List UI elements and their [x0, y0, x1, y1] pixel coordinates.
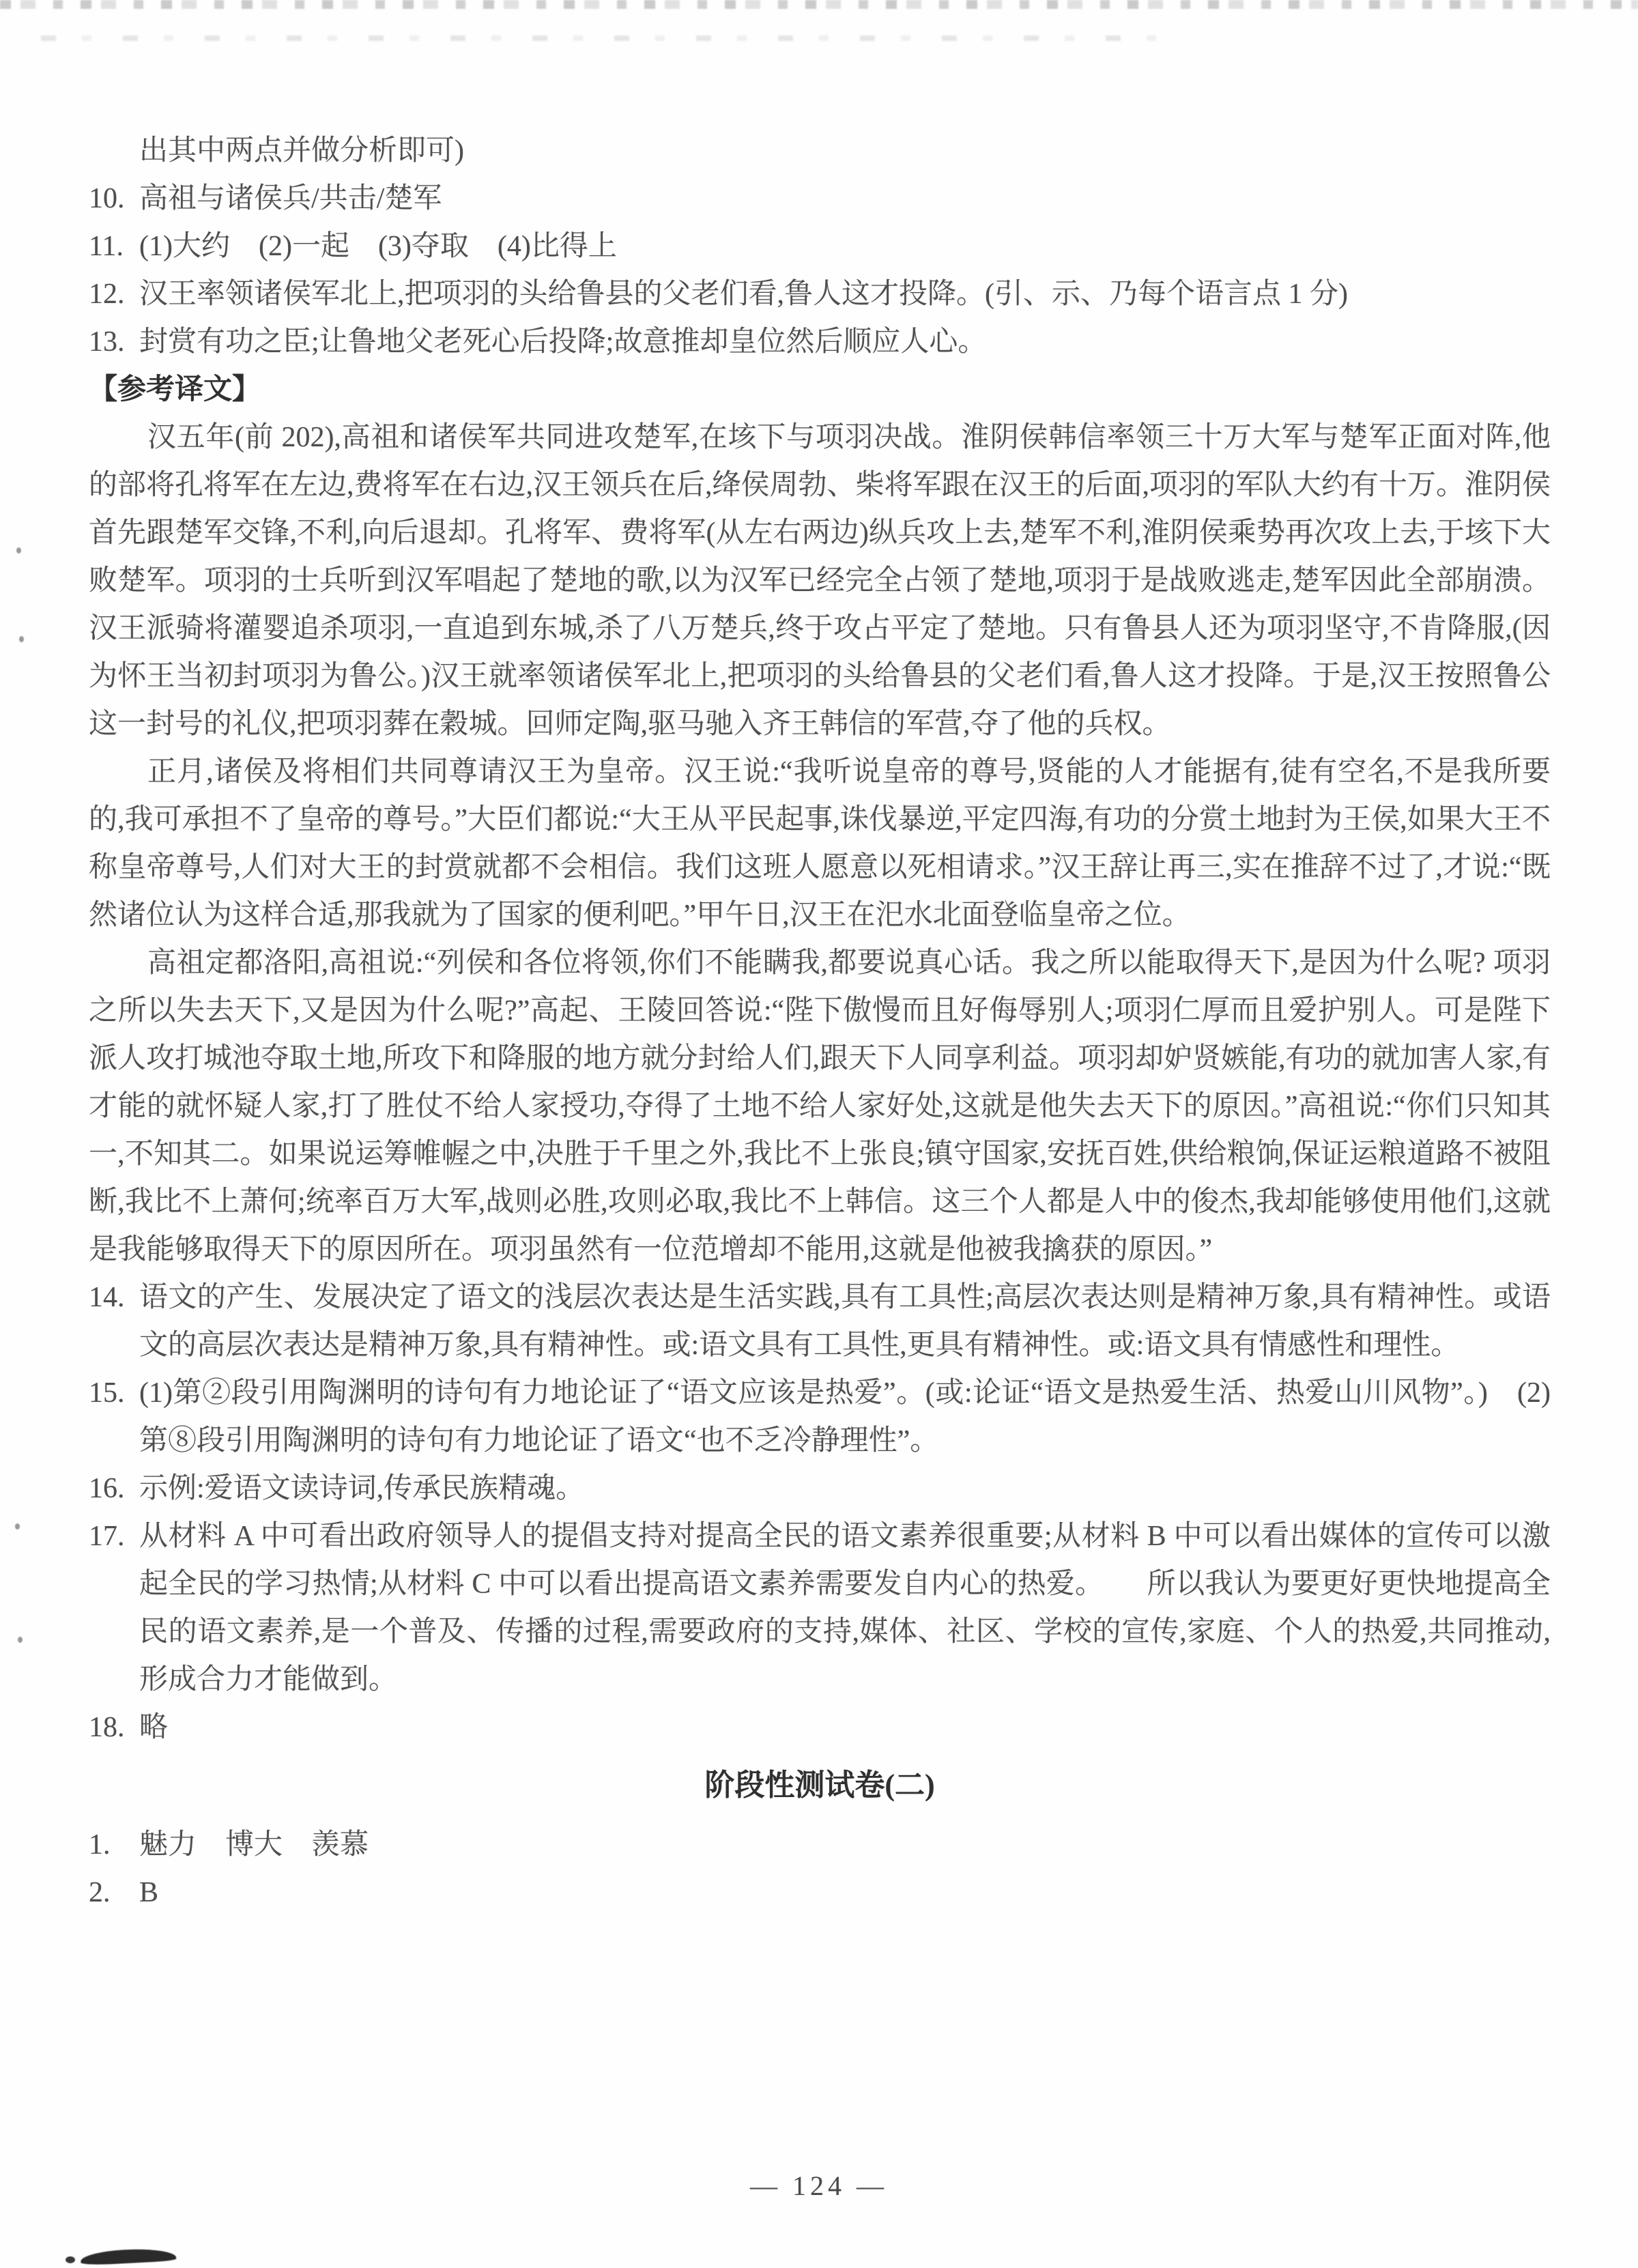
margin-speck: [16, 547, 21, 554]
answer-item-2: 2. B: [89, 1869, 1551, 1917]
page-number: — 124 —: [0, 2162, 1638, 2210]
margin-speck: [15, 1523, 20, 1530]
item-number: 17.: [89, 1512, 139, 1704]
answer-item-15: 15. (1)第②段引用陶渊明的诗句有力地论证了“语文应该是热爱”。(或:论证“…: [89, 1369, 1551, 1465]
item-text: 从材料 A 中可看出政府领导人的提倡支持对提高全民的语文素养很重要;从材料 B …: [139, 1512, 1551, 1704]
margin-speck: [19, 636, 24, 642]
answer-key-content: 出其中两点并做分析即可) 10. 高祖与诸侯兵/共击/楚军 11. (1)大约 …: [89, 127, 1551, 1917]
scan-edge-artifact: [0, 0, 1638, 9]
item-text: 出其中两点并做分析即可): [139, 127, 1551, 175]
item-number: 11.: [89, 223, 139, 270]
scanned-answer-page: 出其中两点并做分析即可) 10. 高祖与诸侯兵/共击/楚军 11. (1)大约 …: [0, 0, 1638, 2268]
item-number: 10.: [89, 175, 139, 223]
item-number: 12.: [89, 270, 139, 318]
item-number: 2.: [89, 1869, 139, 1917]
item-number: 16.: [89, 1465, 139, 1512]
item-text: 封赏有功之臣;让鲁地父老死心后投降;故意推却皇位然后顺应人心。: [139, 318, 1551, 366]
answer-item-18: 18. 略: [89, 1704, 1551, 1751]
answer-item-17: 17. 从材料 A 中可看出政府领导人的提倡支持对提高全民的语文素养很重要;从材…: [89, 1512, 1551, 1704]
margin-speck: [18, 1637, 23, 1643]
item-text: 示例:爱语文读诗词,传承民族精魂。: [139, 1465, 1551, 1512]
section-heading-stage-test-2: 阶段性测试卷(二): [89, 1761, 1551, 1810]
answer-item-11: 11. (1)大约 (2)一起 (3)夺取 (4)比得上: [89, 223, 1551, 270]
item-number: [89, 127, 139, 175]
answer-item-1: 1. 魅力 博大 羡慕: [89, 1821, 1551, 1869]
answer-item-14: 14. 语文的产生、发展决定了语文的浅层次表达是生活实践,具有工具性;高层次表达…: [89, 1274, 1551, 1369]
answer-item-10: 10. 高祖与诸侯兵/共击/楚军: [89, 175, 1551, 223]
item-number: 13.: [89, 318, 139, 366]
item-text: 略: [139, 1704, 1551, 1751]
scan-edge-artifact-faint: [41, 35, 1160, 41]
answer-item-12: 12. 汉王率领诸侯军北上,把项羽的头给鲁县的父老们看,鲁人这才投降。(引、示、…: [89, 270, 1551, 318]
translation-paragraph: 正月,诸侯及将相们共同尊请汉王为皇帝。汉王说:“我听说皇帝的尊号,贤能的人才能据…: [89, 748, 1551, 939]
item-text: (1)第②段引用陶渊明的诗句有力地论证了“语文应该是热爱”。(或:论证“语文是热…: [139, 1369, 1551, 1465]
translation-paragraph: 汉五年(前 202),高祖和诸侯军共同进攻楚军,在垓下与项羽决战。淮阴侯韩信率领…: [89, 414, 1551, 748]
item-number: 1.: [89, 1821, 139, 1869]
answer-item-continuation: 出其中两点并做分析即可): [89, 127, 1551, 175]
scan-smudge-dot: [66, 2256, 75, 2263]
item-text: 高祖与诸侯兵/共击/楚军: [139, 175, 1551, 223]
item-text: 魅力 博大 羡慕: [139, 1821, 1551, 1869]
item-number: 15.: [89, 1369, 139, 1465]
item-text: 汉王率领诸侯军北上,把项羽的头给鲁县的父老们看,鲁人这才投降。(引、示、乃每个语…: [139, 270, 1551, 318]
answer-item-13: 13. 封赏有功之臣;让鲁地父老死心后投降;故意推却皇位然后顺应人心。: [89, 318, 1551, 366]
item-number: 18.: [89, 1704, 139, 1751]
item-text: (1)大约 (2)一起 (3)夺取 (4)比得上: [139, 223, 1551, 270]
item-text: B: [139, 1869, 1551, 1917]
translation-paragraph: 高祖定都洛阳,高祖说:“列侯和各位将领,你们不能瞒我,都要说真心话。我之所以能取…: [89, 939, 1551, 1274]
reference-translation-heading: 【参考译文】: [89, 366, 1551, 414]
item-number: 14.: [89, 1274, 139, 1369]
answer-item-16: 16. 示例:爱语文读诗词,传承民族精魂。: [89, 1465, 1551, 1512]
scan-smudge-artifact: [81, 2247, 177, 2265]
item-text: 语文的产生、发展决定了语文的浅层次表达是生活实践,具有工具性;高层次表达则是精神…: [139, 1274, 1551, 1369]
